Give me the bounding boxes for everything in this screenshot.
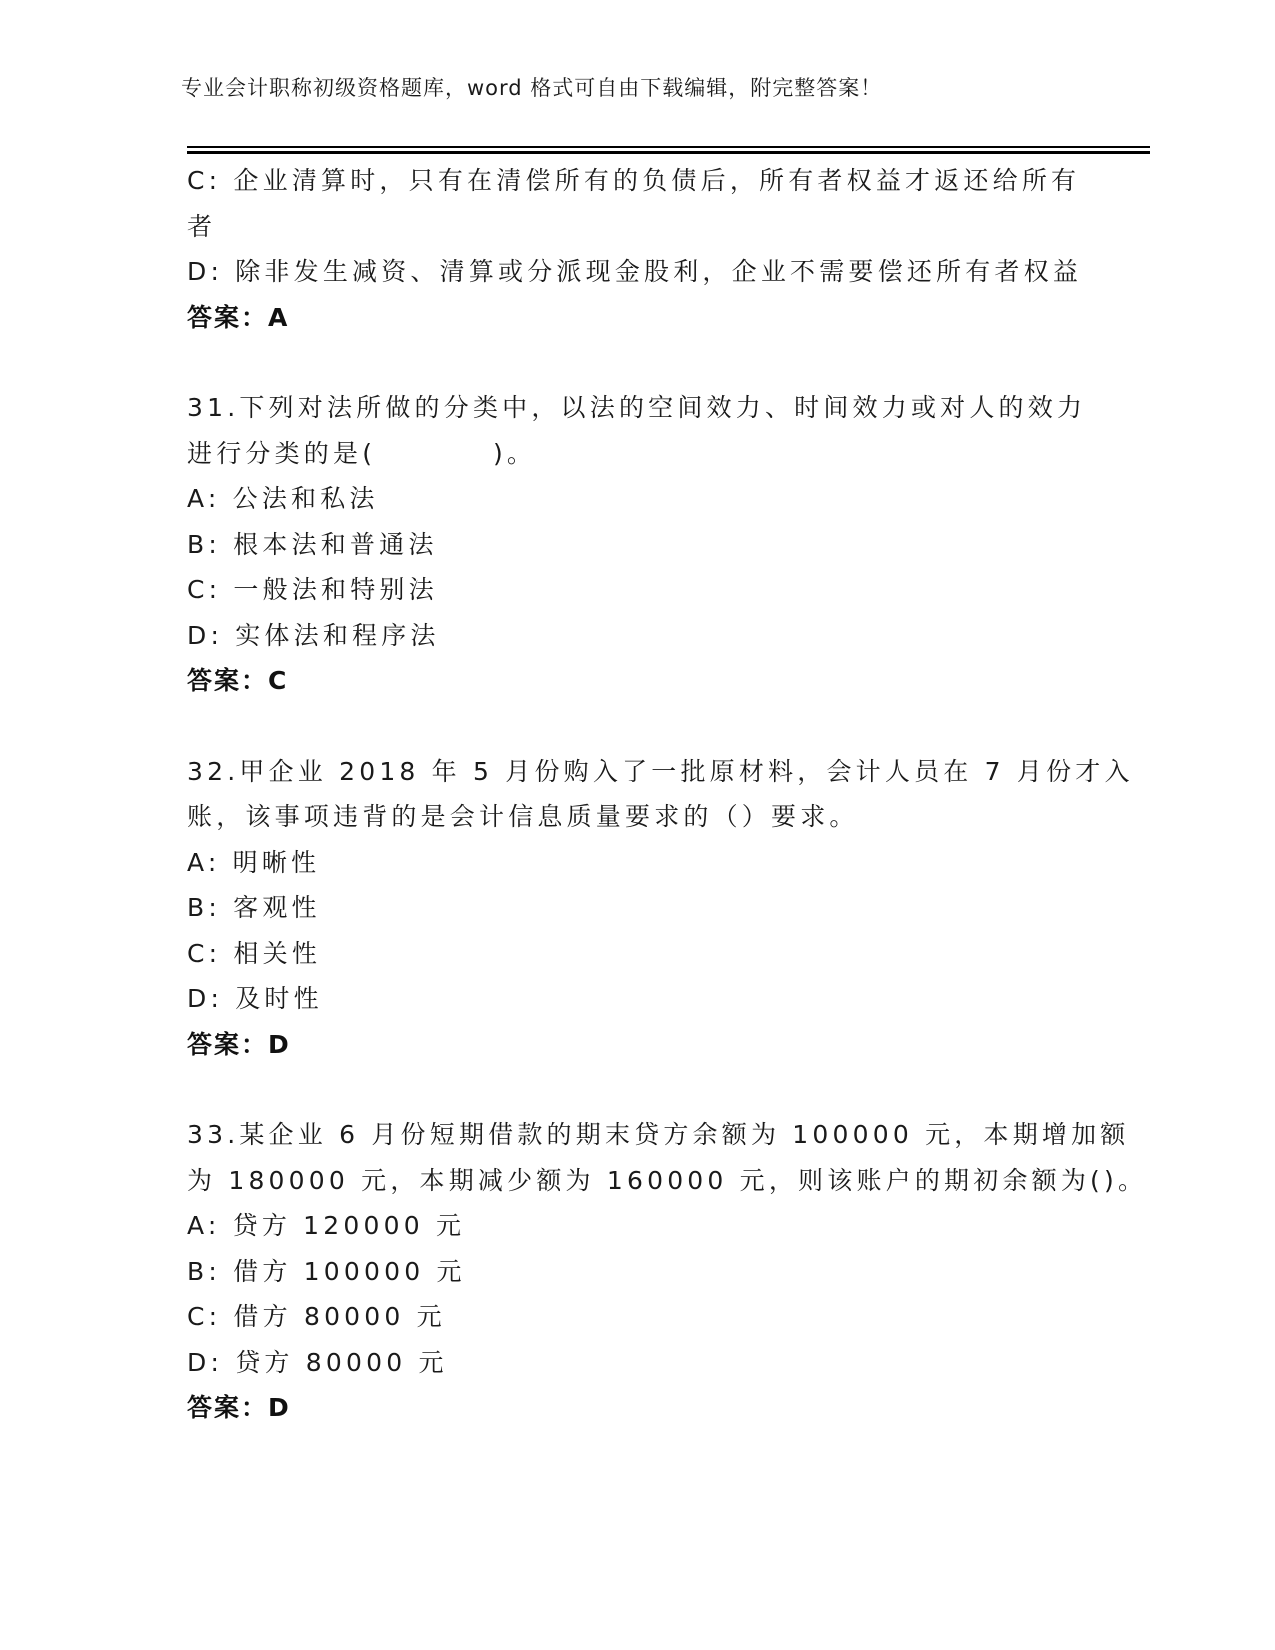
question-stem-line-2: 进行分类的是( )。 <box>187 431 1067 477</box>
header-divider-top <box>187 146 1150 148</box>
header-divider-bottom <box>187 151 1150 154</box>
answer-label: 答案：C <box>187 658 1067 704</box>
answer-label: 答案：D <box>187 1022 1067 1068</box>
question-stem-line-2: 为 180000 元，本期减少额为 160000 元，则该账户的期初余额为()。 <box>187 1158 1067 1204</box>
question-31: 31.下列对法所做的分类中，以法的空间效力、时间效力或对人的效力 进行分类的是(… <box>187 385 1067 704</box>
option-d: D: 及时性 <box>187 976 1067 1022</box>
option-c: C: 借方 80000 元 <box>187 1294 1067 1340</box>
option-b: B: 借方 100000 元 <box>187 1249 1067 1295</box>
question-stem-line-2: 账，该事项违背的是会计信息质量要求的（）要求。 <box>187 794 1067 840</box>
option-d: D: 贷方 80000 元 <box>187 1340 1067 1386</box>
option-c: C: 一般法和特别法 <box>187 567 1067 613</box>
question-stem-line-1: 31.下列对法所做的分类中，以法的空间效力、时间效力或对人的效力 <box>187 385 1067 431</box>
option-c-line-2: 者 <box>187 204 1067 250</box>
question-33: 33.某企业 6 月份短期借款的期末贷方余额为 100000 元，本期增加额 为… <box>187 1112 1067 1431</box>
option-a: A: 贷方 120000 元 <box>187 1203 1067 1249</box>
option-a: A: 公法和私法 <box>187 476 1067 522</box>
document-body: C: 企业清算时，只有在清偿所有的负债后，所有者权益才返还给所有 者 D: 除非… <box>187 158 1067 1431</box>
page-header: 专业会计职称初级资格题库，word 格式可自由下载编辑，附完整答案！ <box>181 72 1121 104</box>
previous-question-tail: C: 企业清算时，只有在清偿所有的负债后，所有者权益才返还给所有 者 D: 除非… <box>187 158 1067 340</box>
answer-label: 答案：D <box>187 1385 1067 1431</box>
question-stem-line-1: 32.甲企业 2018 年 5 月份购入了一批原材料，会计人员在 7 月份才入 <box>187 749 1067 795</box>
option-a: A: 明晰性 <box>187 840 1067 886</box>
option-d: D: 实体法和程序法 <box>187 613 1067 659</box>
option-b: B: 根本法和普通法 <box>187 522 1067 568</box>
option-c: C: 相关性 <box>187 931 1067 977</box>
question-stem-line-1: 33.某企业 6 月份短期借款的期末贷方余额为 100000 元，本期增加额 <box>187 1112 1067 1158</box>
option-b: B: 客观性 <box>187 885 1067 931</box>
option-d: D: 除非发生减资、清算或分派现金股利，企业不需要偿还所有者权益 <box>187 249 1067 295</box>
option-c-line-1: C: 企业清算时，只有在清偿所有的负债后，所有者权益才返还给所有 <box>187 158 1067 204</box>
question-32: 32.甲企业 2018 年 5 月份购入了一批原材料，会计人员在 7 月份才入 … <box>187 749 1067 1068</box>
answer-label: 答案：A <box>187 295 1067 341</box>
